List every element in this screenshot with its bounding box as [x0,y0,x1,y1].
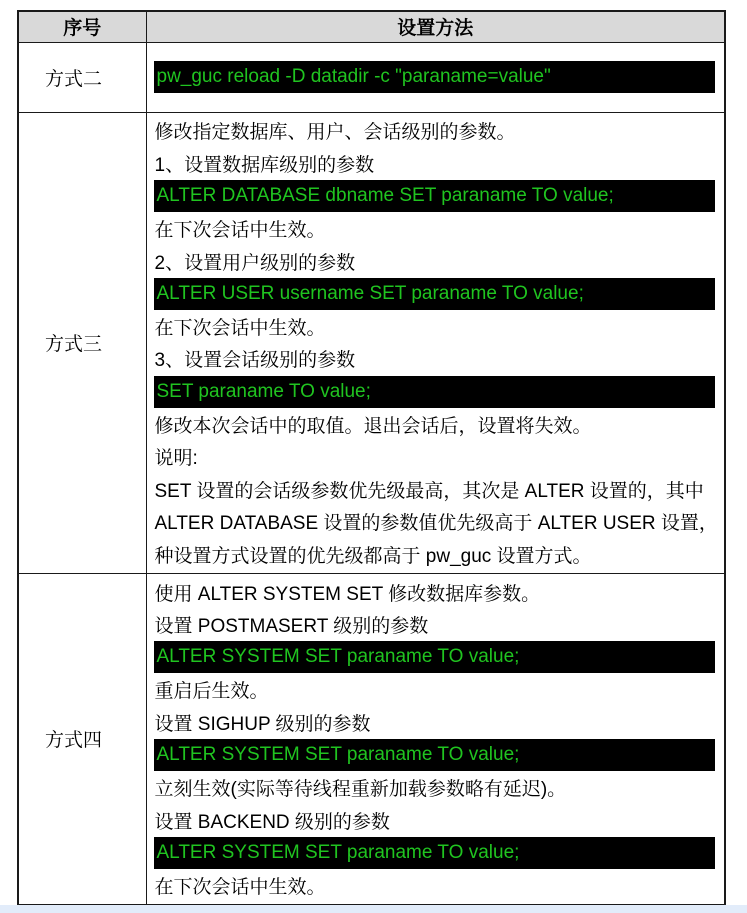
code-line: SET paraname TO value; [154,376,716,408]
text-line: SET 设置的会话级参数优先级最高，其次是 ALTER 设置的，其中 [154,473,716,506]
text-line: 设置 BACKEND 级别的参数 [154,804,716,837]
text-line: 在下次会话中生效。 [154,869,716,902]
table-body: 方式二pw_guc reload -D datadir -c "paraname… [18,42,725,905]
row-content-cell: pw_guc reload -D datadir -c "paraname=va… [146,42,725,112]
text-line: 设置 POSTMASERT 级别的参数 [154,608,716,641]
code-line: ALTER USER username SET paraname TO valu… [154,278,716,310]
row-label-cell: 方式二 [18,42,146,112]
code-line: ALTER SYSTEM SET paraname TO value; [154,739,716,771]
row-label-cell: 方式四 [18,573,146,904]
header-cell-method: 设置方法 [146,11,725,42]
table-row: 方式四使用 ALTER SYSTEM SET 修改数据库参数。设置 POSTMA… [18,573,725,904]
header-row: 序号 设置方法 [18,11,725,42]
row-content-cell: 使用 ALTER SYSTEM SET 修改数据库参数。设置 POSTMASER… [146,573,725,904]
text-line: 使用 ALTER SYSTEM SET 修改数据库参数。 [154,576,716,609]
code-line: ALTER DATABASE dbname SET paraname TO va… [154,180,716,212]
text-line: 修改指定数据库、用户、会话级别的参数。 [154,115,716,148]
text-line: 1、设置数据库级别的参数 [154,147,716,180]
header-cell-number: 序号 [18,11,146,42]
text-line: 重启后生效。 [154,674,716,707]
text-line: 设置 SIGHUP 级别的参数 [154,706,716,739]
table-row: 方式二pw_guc reload -D datadir -c "paraname… [18,42,725,112]
row-content-cell: 修改指定数据库、用户、会话级别的参数。1、设置数据库级别的参数ALTER DAT… [146,112,725,573]
table-header: 序号 设置方法 [18,11,725,42]
text-line: 立刻生效(实际等待线程重新加载参数略有延迟)。 [154,771,716,804]
code-line: ALTER SYSTEM SET paraname TO value; [154,641,716,673]
text-line: 3、设置会话级别的参数 [154,343,716,376]
text-line: ALTER DATABASE 设置的参数值优先级高于 ALTER USER 设置… [154,506,716,539]
row-label-cell: 方式三 [18,112,146,573]
text-line: 2、设置用户级别的参数 [154,245,716,278]
text-line: 在下次会话中生效。 [154,310,716,343]
bottom-highlight-strip [0,905,747,913]
code-line: ALTER SYSTEM SET paraname TO value; [154,837,716,869]
table-row: 方式三修改指定数据库、用户、会话级别的参数。1、设置数据库级别的参数ALTER … [18,112,725,573]
text-line: 种设置方式设置的优先级都高于 pw_guc 设置方式。 [154,538,716,571]
parameter-table: 序号 设置方法 方式二pw_guc reload -D datadir -c "… [17,10,726,906]
code-line: pw_guc reload -D datadir -c "paraname=va… [154,61,716,93]
text-line: 修改本次会话中的取值。退出会话后，设置将失效。 [154,408,716,441]
text-line: 在下次会话中生效。 [154,212,716,245]
text-line: 说明: [154,440,716,473]
document-page: 序号 设置方法 方式二pw_guc reload -D datadir -c "… [0,0,747,913]
